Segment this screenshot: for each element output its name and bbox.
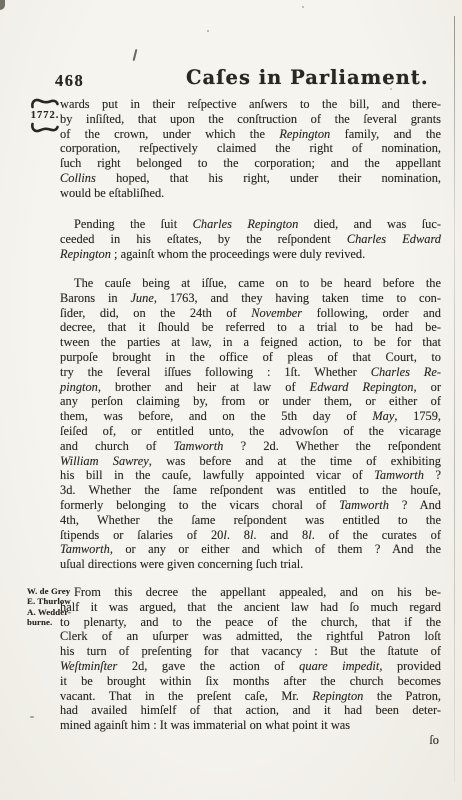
text-line: ſtipends or ſalaries of 20l. 8l. and 8l.… [60,528,441,543]
text-line: half it was argued, that the ancient law… [60,600,441,615]
text-line: Clerk of an uſurper was admitted, the ri… [60,629,441,644]
scanned-book-page: { "page": { "number": "468", "running_ti… [0,0,462,800]
text-line: uſual directions were given concerning ſ… [60,557,441,572]
text-line: Weſtminſter 2d, gave the action of quare… [60,659,441,674]
running-title: Caſes in Parliament. [186,66,429,89]
text-line: try the ſeveral iſſues following : 1ſt. … [60,365,441,380]
text-line: decree, that it ſhould be referred to a … [60,320,441,335]
text-line: 3d. Whether the ſame reſpondent was enti… [60,483,441,498]
year-label: 1772. [28,109,62,122]
text-line: 4th, Whether the ſame reſpondent was ent… [60,513,441,528]
text-line: them, was before, and on the 5th day of … [60,409,441,424]
stray-ink-mark [133,49,137,61]
paper-speck [302,6,304,8]
text-line: would be eſtabliſhed. [60,186,441,201]
text-line: Collins hoped, that his right, under the… [60,171,441,186]
page-edge-line [454,16,455,782]
text-line: From this decree the appellant appealed,… [60,585,441,600]
brace-squiggle-top-icon [30,96,60,109]
text-line: wards put in their reſpective anſwers to… [60,97,441,112]
text-line: ſuch right belonged to the corporation; … [60,156,441,171]
text-line: ſeiſed of, or entitled unto, the advowſo… [60,424,441,439]
text-line: ſider, did, on the 24th of November foll… [60,306,441,321]
brace-squiggle-bottom-icon [30,122,60,135]
paper-speck [207,30,209,32]
text-line: by inſiſted, that upon the conſtruction … [60,112,441,127]
body-paragraph: The cauſe being at iſſue, came on to be … [60,276,441,572]
text-line: Pending the ſuit Charles Repington died,… [60,217,441,232]
catchword: ſo [60,733,439,748]
text-line: pington, brother and heir at law of Edwa… [60,380,441,395]
text-line: his bill in the cauſe, lawfully appointe… [60,468,441,483]
text-line: corporation, reſpectively claimed the ri… [60,141,441,156]
text-line: any perſon claiming by, from or under th… [60,394,441,409]
text-line: Tamworth, or any or either and which of … [60,542,441,557]
text-line: of the crown, under which the Repington … [60,127,441,142]
text-line: formerly belonging to the vicars choral … [60,498,441,513]
text-line: to plenarty, and to the peace of the chu… [60,615,441,630]
text-line: tween the parties at law, in a feigned a… [60,335,441,350]
year-annotation: 1772. [28,96,62,135]
text-line: ceeded in his eſtates, by the reſpondent… [60,232,441,247]
text-line: vacant. That in the preſent caſe, Mr. Re… [60,689,441,704]
paper-speck [30,716,34,718]
text-line: his turn of preſenting for that vacancy … [60,644,441,659]
text-line: mined againſt him : It was immaterial on… [60,718,441,733]
text-line: Repington ; againſt whom the proceedings… [60,247,441,262]
text-line: had availed himſelf of that action, and … [60,703,441,718]
text-line: Barons in June, 1763, and they having ta… [60,291,441,306]
page-number: 468 [55,71,84,91]
text-line: The cauſe being at iſſue, came on to be … [60,276,441,291]
text-line: it be brought within ſix months after th… [60,674,441,689]
text-line: and church of Tamworth ? 2d. Whether the… [60,439,441,454]
body-paragraph: Pending the ſuit Charles Repington died,… [60,217,441,261]
body-paragraph: From this decree the appellant appealed,… [60,585,441,733]
text-line: purpoſe brought in the office of pleas o… [60,350,441,365]
body-paragraph: wards put in their reſpective anſwers to… [60,97,441,201]
scan-corner-mark [0,0,5,10]
text-line: William Sawrey, was before and at the ti… [60,454,441,469]
